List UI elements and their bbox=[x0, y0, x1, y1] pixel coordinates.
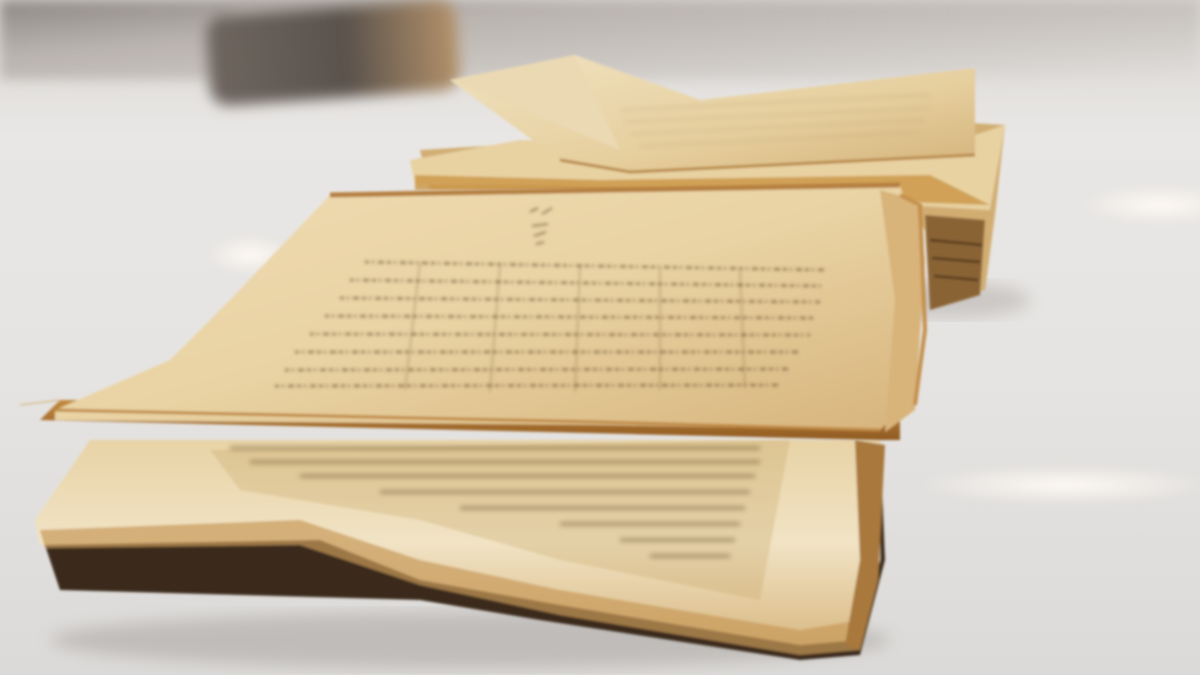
manuscripts-illustration bbox=[0, 0, 1200, 675]
photo-scene bbox=[0, 0, 1200, 675]
front-manuscript-top-page bbox=[20, 185, 925, 440]
